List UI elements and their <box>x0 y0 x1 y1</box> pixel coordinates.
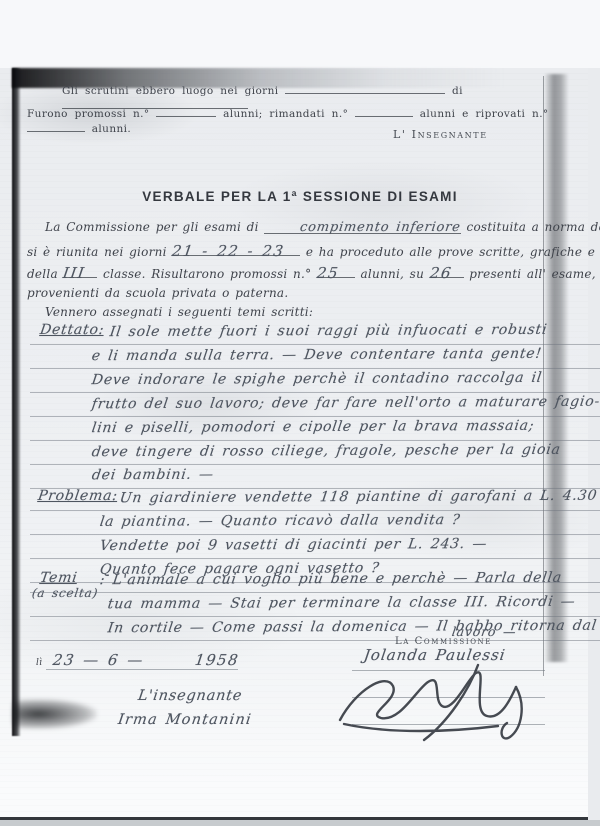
blank-line <box>355 105 413 117</box>
para2-print: si è riunita nei giorni <box>27 245 167 259</box>
para1-handwritten: compimento inferiore <box>281 220 462 235</box>
problema-line: Un giardiniere vendette 118 piantine di … <box>30 486 600 511</box>
para3-print1: della <box>27 267 58 281</box>
dettato-line: deve tingere di rosso ciliege, fragole, … <box>30 440 600 465</box>
date-li: lì <box>36 658 42 668</box>
dettato-line: lini e piselli, pomodori e cipolle per l… <box>30 416 600 441</box>
scan-smudge <box>13 699 97 729</box>
para3-print2: classe. Risultarono promossi n.° <box>103 267 311 281</box>
para2-days-handwritten: 21 - 22 - 23 <box>171 242 286 260</box>
date-handwritten: 23 — 6 — <box>52 651 145 669</box>
para2-print-end: e ha proceduto alle prove scritte, grafi… <box>306 245 600 259</box>
promossi-seg2: alunni; rimandati n.° <box>223 108 348 120</box>
scrutini-text: Gli scrutini ebbero luogo nei giorni <box>62 85 279 97</box>
class-number-handwritten: III <box>62 264 87 282</box>
date-line: lì 23 — 6 — 1958 <box>36 650 240 669</box>
promossi-line: Furono promossi n.° alunni; rimandati n.… <box>27 105 600 135</box>
blank-line <box>285 82 445 94</box>
dettato-line: e li manda sulla terra. — Deve contentar… <box>30 344 600 369</box>
commission-signature-flourish <box>330 660 545 745</box>
para1-print-end: costituita a norma delle vigenti disposi… <box>466 220 600 234</box>
para1-print: La Commissione per gli esami di <box>45 220 259 234</box>
teacher-signature-name: Irma Montanini <box>117 712 253 728</box>
promossi-number-handwritten: 25 <box>316 264 341 282</box>
promossi-seg3: alunni e riprovati n.° <box>420 108 549 120</box>
paragraph-line-3: della III classe. Risultarono promossi n… <box>27 264 552 281</box>
date-underline <box>46 669 238 670</box>
para3-print4: presenti all' esame, di cui n.° <box>469 267 600 281</box>
temi-line: : L'animale a cui voglio più bene e perc… <box>30 568 600 593</box>
teacher-label-handwritten: L'insegnante <box>137 688 243 704</box>
scanned-exam-record-page: Gli scrutini ebbero luogo nei giorni di … <box>0 0 600 826</box>
blank-line <box>156 105 216 117</box>
scanner-background <box>0 820 600 826</box>
presenti-number-handwritten: 26 <box>428 264 453 282</box>
paragraph-line-5: Vennero assegnati i seguenti temi scritt… <box>45 305 313 319</box>
temi-line: tua mamma — Stai per terminare la classe… <box>30 592 600 617</box>
dettato-line: frutto del suo lavoro; deve far fare nel… <box>30 392 600 417</box>
year-handwritten: 1958 <box>194 651 241 669</box>
paragraph-line-4: provenienti da scuola privata o paterna. <box>27 286 288 300</box>
para3-print3: alunni, su <box>361 267 425 281</box>
promossi-seg1: Furono promossi n.° <box>27 108 150 120</box>
problema-line: la piantina. — Quanto ricavò dalla vendi… <box>30 510 600 535</box>
paragraph-line-1: La Commissione per gli esami di compimen… <box>27 220 552 234</box>
blank-line <box>27 120 85 132</box>
problema-line: Vendette poi 9 vasetti di giacinti per L… <box>30 534 600 559</box>
scan-edge-left-shadow <box>12 68 21 736</box>
page-title: VERBALE PER LA 1ª SESSIONE DI ESAMI <box>60 189 540 204</box>
insegnante-label: L' Insegnante <box>393 128 488 141</box>
promossi-seg4: alunni. <box>92 123 131 135</box>
paragraph-line-2: si è riunita nei giorni 21 - 22 - 23 e h… <box>27 242 552 259</box>
scrutini-di: di <box>452 85 463 97</box>
dettato-line: Il sole mette fuori i suoi raggi più inf… <box>30 320 600 345</box>
dettato-line: Deve indorare le spighe perchè il contad… <box>30 368 600 393</box>
